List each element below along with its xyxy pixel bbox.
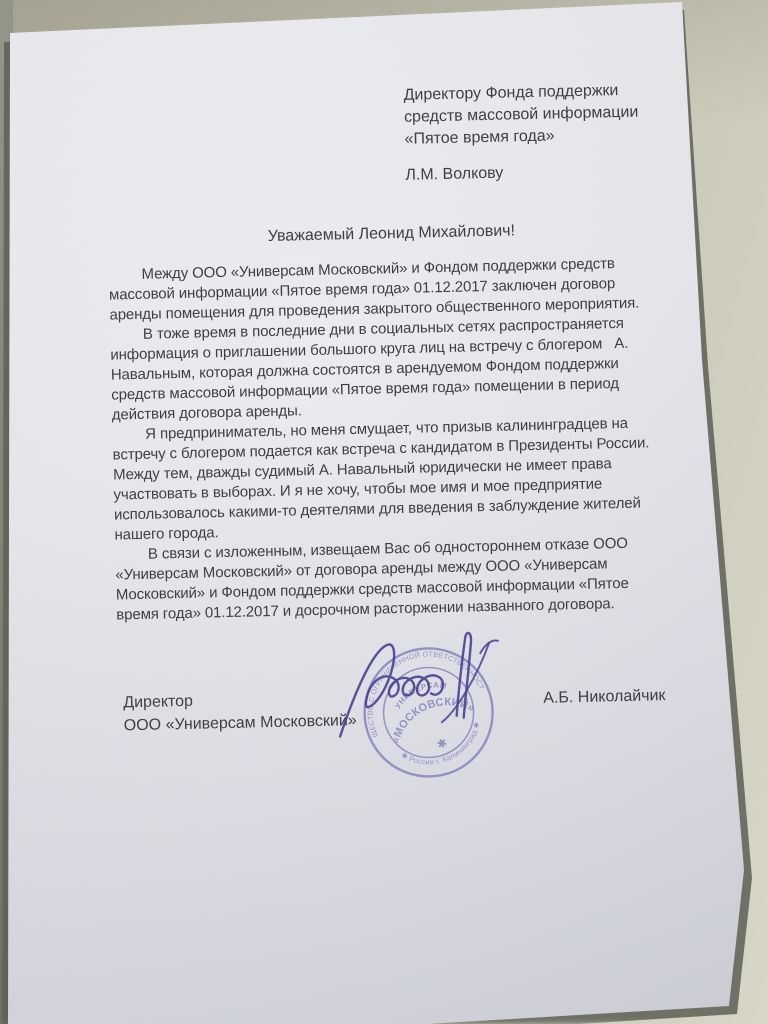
handwritten-signature (323, 611, 508, 757)
signature-role-block: ДиректорООО «Универсам Московский» (123, 686, 357, 737)
photo-of-letter: Директору Фонда поддержкисредств массово… (0, 0, 768, 1024)
text-line: «Пятое время года» (404, 124, 639, 151)
paragraph: В тоже время в последние дни в социальны… (110, 313, 649, 425)
signatory-name: А.Б. Николайчик (543, 687, 666, 708)
letter-body: Между ООО «Универсам Московский» и Фондо… (108, 253, 653, 625)
salutation: Уважаемый Леонид Михайлович! (268, 222, 516, 246)
recipient-block: Директору Фонда поддержкисредств массово… (403, 80, 639, 151)
addressee-name: Л.М. Волкову (405, 165, 503, 185)
paragraph: В связи с изложенным, извещаем Вас об од… (115, 533, 653, 625)
letter-content: Директору Фонда поддержкисредств массово… (0, 13, 768, 1024)
text-line: ООО «Универсам Московский» (124, 709, 357, 737)
paragraph: Я предприниматель, но меня смущает, что … (112, 413, 651, 545)
